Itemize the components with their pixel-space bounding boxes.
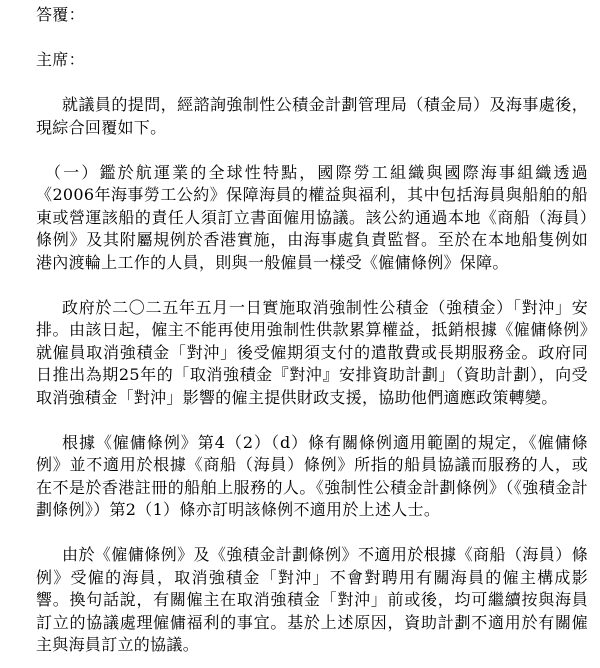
reply-heading: 答覆： bbox=[36, 4, 588, 27]
intro-paragraph: 就議員的提問，經諮詢強制性公積金計劃管理局（積金局）及海事處後，現綜合回覆如下。 bbox=[36, 94, 588, 139]
conclusion-paragraph: 由於《僱傭條例》及《強積金計劃條例》不適用於根據《商船（海員）條例》受僱的海員，… bbox=[36, 544, 588, 657]
salutation: 主席： bbox=[36, 49, 588, 72]
ordinance-applicability-paragraph: 根據《僱傭條例》第4（2）（d）條有關條例適用範圍的規定，《僱傭條例》並不適用於… bbox=[36, 432, 588, 522]
offsetting-abolition-paragraph: 政府於二〇二五年五月一日實施取消強制性公積金（強積金）「對沖」安排。由該日起，僱… bbox=[36, 297, 588, 410]
item-one-paragraph: （一）鑑於航運業的全球性特點，國際勞工組織與國際海事組織透過《2006年海事勞工… bbox=[36, 162, 588, 275]
document-page: 答覆： 主席： 就議員的提問，經諮詢強制性公積金計劃管理局（積金局）及海事處後，… bbox=[0, 0, 600, 668]
